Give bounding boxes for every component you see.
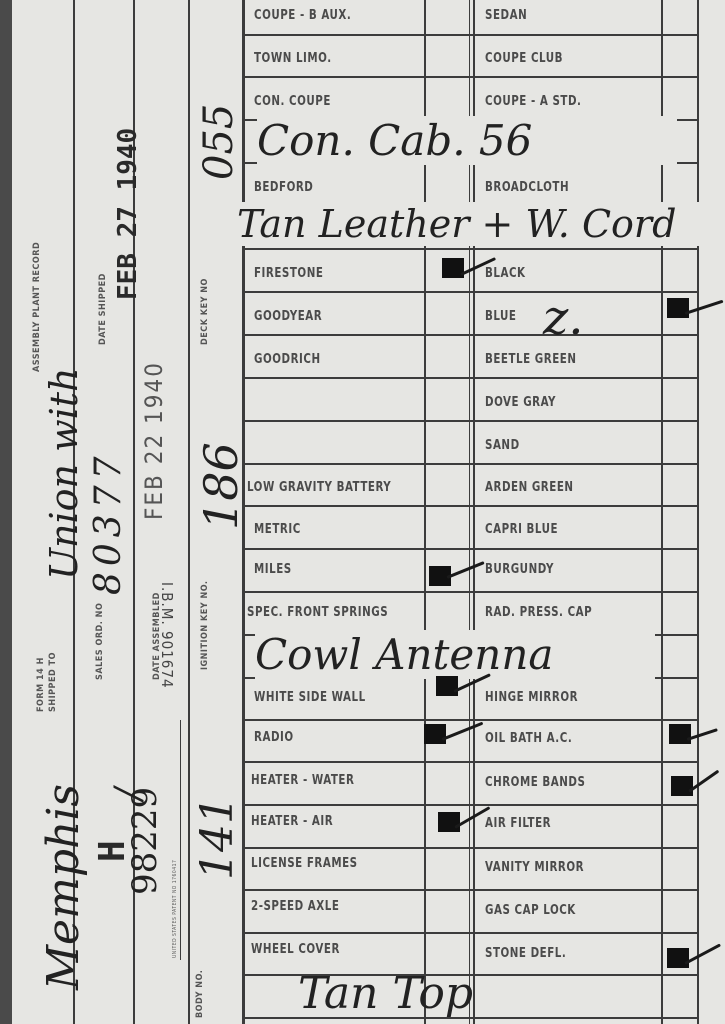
option-sedan: SEDAN	[485, 8, 527, 23]
row-line	[243, 847, 699, 849]
option-coupe-b-aux: COUPE - B AUX.	[254, 8, 351, 23]
option-low-gravity-battery: LOW GRAVITY BATTERY	[247, 480, 391, 495]
option-air-filter: AIR FILTER	[485, 816, 551, 831]
option-oil-bath-ac: OIL BATH A.C.	[485, 731, 572, 746]
checkmark-box-icon	[669, 724, 691, 744]
handwritten-accessory: Cowl Antenna	[255, 630, 655, 679]
row-line	[243, 463, 699, 465]
sales-order-value: 80377	[88, 450, 129, 595]
checkmark-tick-icon	[684, 943, 721, 964]
row-line	[243, 889, 699, 891]
option-sand: SAND	[485, 438, 520, 453]
option-beetle-green: BEETLE GREEN	[485, 352, 576, 367]
deck-key-value: 055	[196, 104, 242, 180]
handwritten-note: z.	[543, 290, 584, 346]
option-heater-air: HEATER - AIR	[251, 814, 333, 829]
handwritten-model: Con. Cab. 56	[257, 116, 677, 165]
card-title: ASSEMBLY PLANT RECORD	[32, 242, 42, 372]
option-metric: METRIC	[254, 522, 301, 537]
grid-border-left	[243, 0, 245, 1024]
row-line	[243, 291, 699, 293]
checkmark-box-icon	[438, 812, 460, 832]
ignition-key-label: IGNITION KEY NO.	[200, 581, 210, 670]
shipped-to-value: Memphis	[38, 784, 89, 990]
form-label: FORM 14 H	[36, 657, 46, 712]
patent-text: UNITED STATES PATENT NO 1760417	[172, 860, 178, 958]
option-wheel-cover: WHEEL COVER	[251, 942, 340, 957]
checkmark-tick-icon	[685, 300, 724, 315]
body-no-label: BODY NO.	[195, 970, 205, 1018]
option-gas-cap-lock: GAS CAP LOCK	[485, 903, 576, 918]
divider	[188, 0, 190, 1024]
checkmark-box-icon	[671, 776, 693, 796]
checkmark-box-icon	[436, 676, 458, 696]
grid-border-right	[697, 0, 699, 1024]
option-rad-press-cap: RAD. PRESS. CAP	[485, 605, 592, 620]
option-burgundy: BURGUNDY	[485, 562, 554, 577]
checkmark-tick-icon	[441, 722, 483, 741]
option-con-coupe: CON. COUPE	[254, 94, 331, 109]
option-chrome-bands: CHROME BANDS	[485, 775, 585, 790]
option-spec-front-springs: SPEC. FRONT SPRINGS	[247, 605, 388, 620]
body-no-value: 141	[192, 796, 243, 880]
deck-key-label: DECK KEY NO	[200, 278, 210, 345]
row-line	[243, 248, 699, 250]
row-line	[243, 591, 699, 593]
shipped-to-label: SHIPPED TO	[48, 652, 58, 712]
option-capri-blue: CAPRI BLUE	[485, 522, 558, 537]
shipped-to-note: Union with	[42, 367, 86, 580]
option-hinge-mirror: HINGE MIRROR	[485, 690, 578, 705]
option-dove-gray: DOVE GRAY	[485, 395, 556, 410]
checkmark-tick-icon	[446, 561, 484, 579]
card-edge	[0, 0, 12, 1024]
handwritten-upholstery: Tan Leather + W. Cord	[237, 202, 717, 246]
row-line	[243, 505, 699, 507]
date-shipped-label: DATE SHIPPED	[98, 273, 108, 345]
assembly-plant-record-card: ASSEMBLY PLANT RECORD Memphis FORM 14 H …	[0, 0, 725, 1024]
ignition-key-value: 186	[194, 442, 248, 530]
sales-order-label: SALES ORD. NO	[95, 603, 105, 680]
checkmark-tick-icon	[687, 728, 718, 741]
row-line	[243, 420, 699, 422]
option-vanity-mirror: VANITY MIRROR	[485, 860, 584, 875]
row-line	[243, 34, 699, 36]
option-goodyear: GOODYEAR	[254, 309, 322, 324]
option-stone-defl: STONE DEFL.	[485, 946, 566, 961]
row-line	[243, 76, 699, 78]
checkmark-box-icon	[667, 298, 689, 318]
option-coupe-club: COUPE CLUB	[485, 51, 563, 66]
option-firestone: FIRESTONE	[254, 266, 323, 281]
option-radio: RADIO	[254, 730, 294, 745]
row-line	[243, 719, 699, 721]
option-coupe-a-std: COUPE - A STD.	[485, 94, 581, 109]
option-heater-water: HEATER - WATER	[251, 773, 354, 788]
option-blue: BLUE	[485, 309, 517, 324]
option-2-speed-axle: 2-SPEED AXLE	[251, 899, 339, 914]
checkmark-box-icon	[424, 724, 446, 744]
option-bedford: BEDFORD	[254, 180, 313, 195]
option-goodrich: GOODRICH	[254, 352, 321, 367]
option-miles: MILES	[254, 562, 292, 577]
divider	[180, 720, 181, 960]
option-black: BLACK	[485, 266, 526, 281]
row-line	[243, 761, 699, 763]
row-line	[243, 932, 699, 934]
row-line	[243, 377, 699, 379]
option-arden-green: ARDEN GREEN	[485, 480, 574, 495]
option-broadcloth: BROADCLOTH	[485, 180, 569, 195]
option-license-frames: LICENSE FRAMES	[251, 856, 358, 871]
handwritten-top: Tan Top	[298, 968, 473, 1019]
row-line	[243, 804, 699, 806]
date-assembled-value: FEB 22 1940	[140, 361, 168, 520]
options-grid: COUPE - B AUX. SEDAN TOWN LIMO. COUPE CL…	[243, 0, 699, 1024]
ibm-number: I.B.M. 901674	[158, 582, 176, 689]
row-line	[243, 548, 699, 550]
row-line	[243, 334, 699, 336]
checkmark-box-icon	[667, 948, 689, 968]
serial-number: 98229	[125, 787, 165, 895]
date-shipped-value: FEB 27 1940	[113, 128, 143, 300]
option-white-side-wall: WHITE SIDE WALL	[254, 690, 366, 705]
option-town-limo: TOWN LIMO.	[254, 51, 332, 66]
